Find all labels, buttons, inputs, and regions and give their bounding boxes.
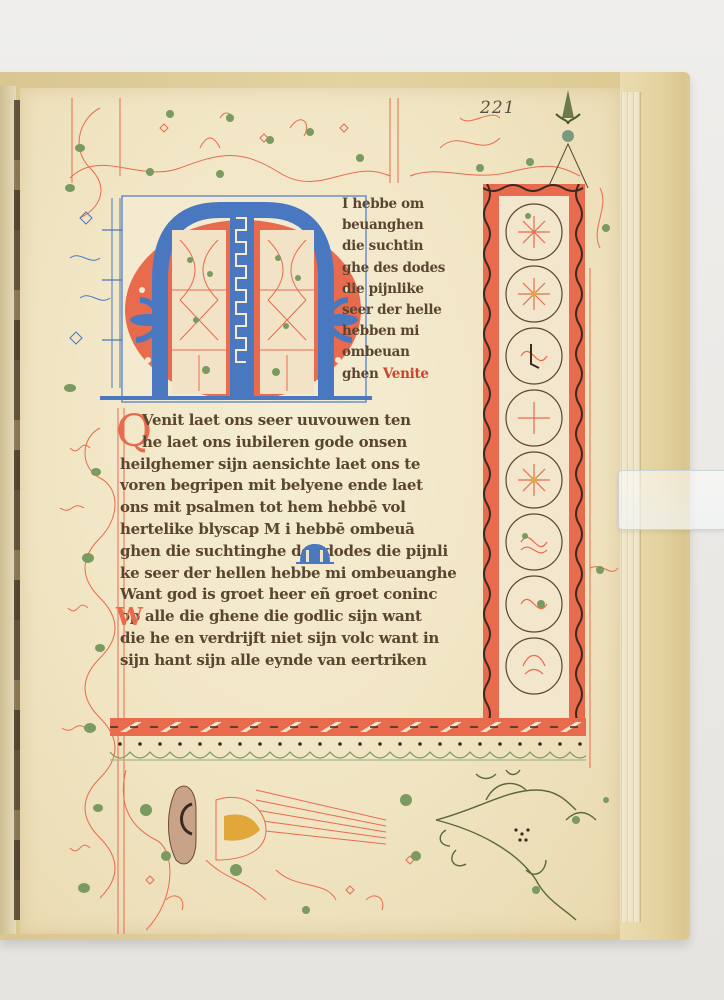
rubric-venite: Venite xyxy=(383,366,429,382)
text-line: beuanghen xyxy=(342,215,445,236)
text-line: die pijnlike xyxy=(342,279,445,300)
red-capital-w: W xyxy=(116,602,143,631)
foliate-grotesque-ornament xyxy=(106,760,626,940)
text-line: ons mit psalmen tot hem hebbē vol xyxy=(120,497,456,519)
text-line: sijn hant sijn alle eynde van eertriken xyxy=(120,650,456,672)
text-line: ghen die suchtinghe des dodes die pijnli xyxy=(120,541,456,563)
vertical-border-bar xyxy=(483,184,585,730)
small-blue-initial-m xyxy=(296,542,334,564)
text-line: hertelike blyscap M i hebbē ombeuā xyxy=(120,519,456,541)
main-text-block: Venit laet ons seer uuvouwen ten he laet… xyxy=(120,410,456,672)
acrylic-page-clip xyxy=(618,470,724,530)
decorated-initial-m xyxy=(100,190,372,404)
text-line: ke seer der hellen hebbe mi ombeuanghe xyxy=(120,563,456,585)
text-line: ghen Venite xyxy=(342,364,445,385)
text-line: Venit laet ons seer uuvouwen ten xyxy=(120,410,456,432)
text-line: Want god is groet heer eñ groet coninc xyxy=(120,584,456,606)
text-word: ghen xyxy=(342,366,378,382)
text-line: die he en verdrijft niet sijn volc want … xyxy=(120,628,456,650)
text-line: seer der helle xyxy=(342,300,445,321)
right-penwork xyxy=(580,168,620,768)
text-line: ghe des dodes xyxy=(342,258,445,279)
text-line: heilghemer sijn aensichte laet ons te xyxy=(120,454,456,476)
text-line: voren begripen mit belyene ende laet xyxy=(120,475,456,497)
foliate-finial xyxy=(538,88,598,188)
text-line: op alle die ghene die godlic sijn want xyxy=(120,606,456,628)
text-line: die suchtin xyxy=(342,236,445,257)
top-penwork-border xyxy=(60,88,620,184)
manuscript-page: 221 xyxy=(20,88,620,934)
text-line: ombeuan xyxy=(342,342,445,363)
text-line: he laet ons iubileren gode onsen xyxy=(120,432,456,454)
text-line: hebben mi xyxy=(342,321,445,342)
upper-text-column: I hebbe om beuanghen die suchtin ghe des… xyxy=(342,194,445,385)
horizontal-border-bar xyxy=(110,718,586,736)
text-line: I hebbe om xyxy=(342,194,445,215)
